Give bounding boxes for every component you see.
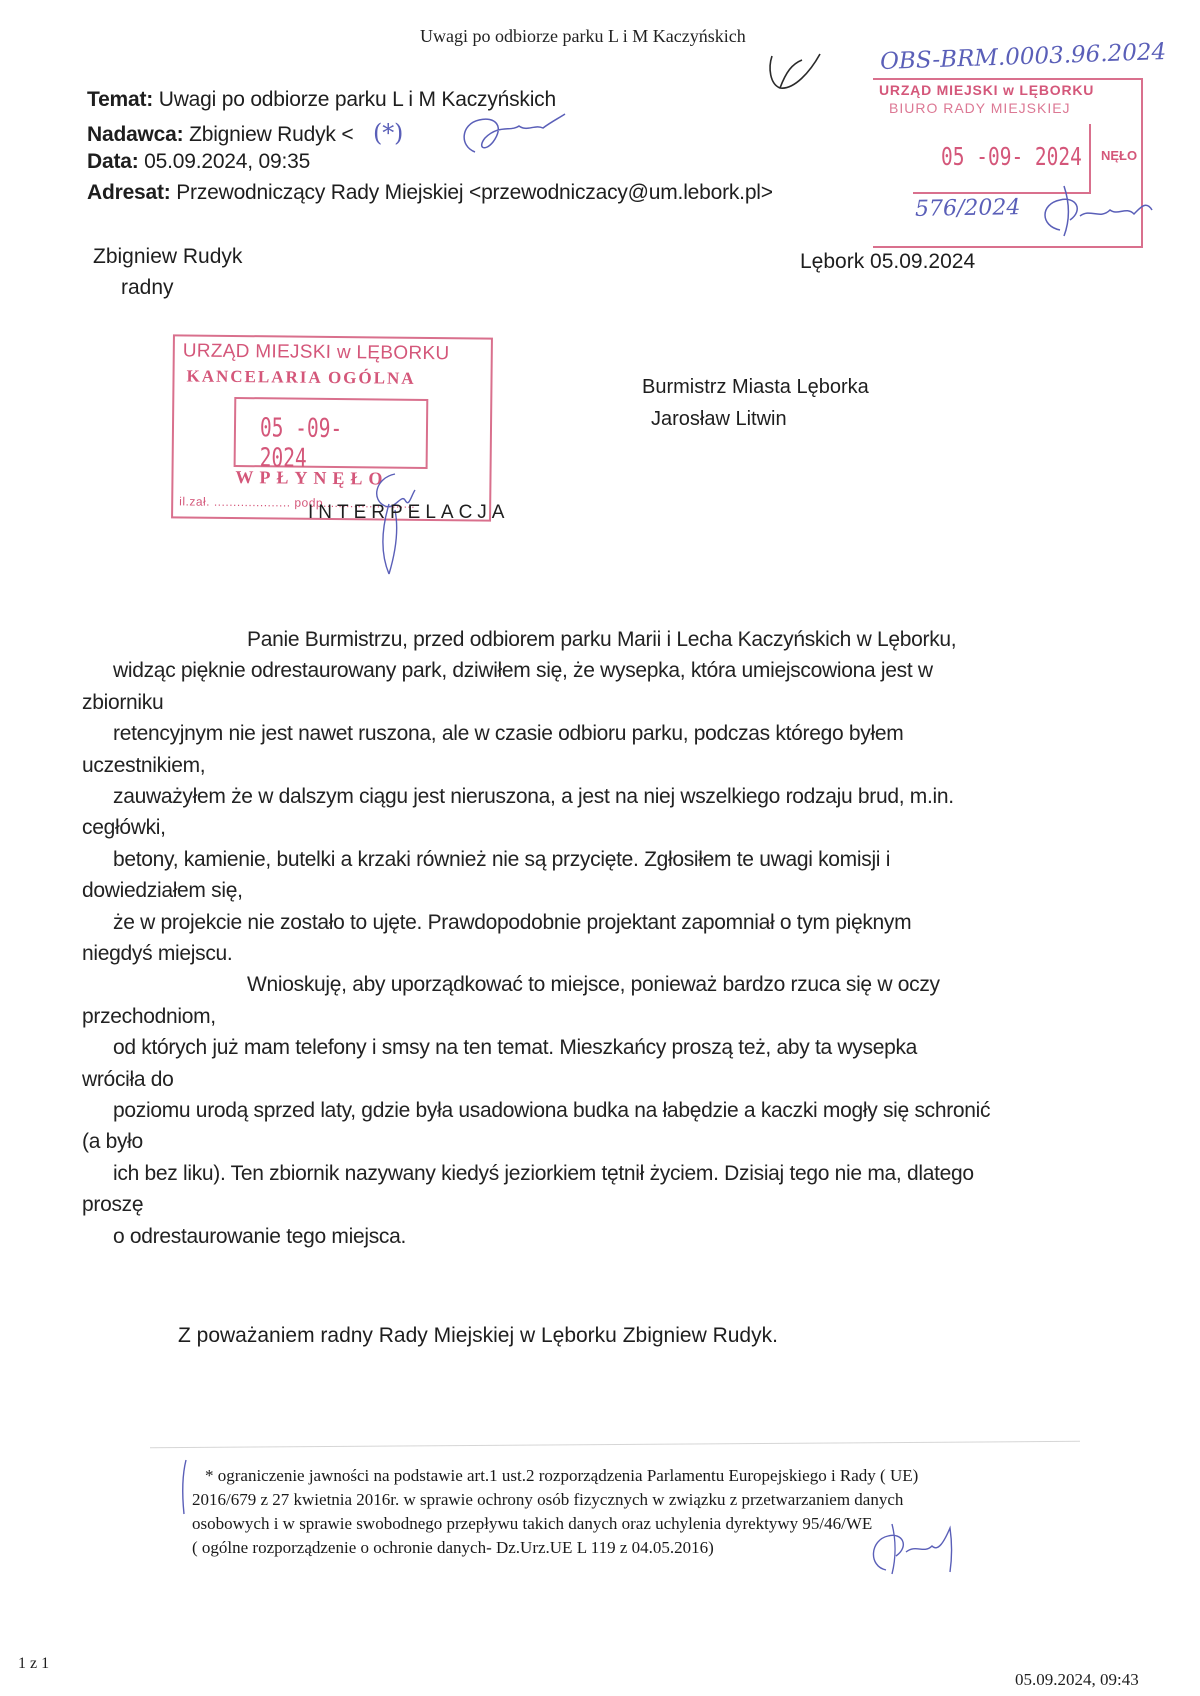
- body-line: zbiorniku: [82, 691, 163, 715]
- addressee-name: Jarosław Litwin: [651, 408, 787, 431]
- addressee-title: Burmistrz Miasta Lęborka: [642, 376, 869, 399]
- body-line: widząc pięknie odrestaurowany park, dziw…: [113, 659, 933, 683]
- stamp-department: KANCELARIA OGÓLNA: [186, 366, 415, 388]
- document-header-title: Uwagi po odbiorze parku L i M Kaczyńskic…: [420, 26, 746, 47]
- body-line: przechodniom,: [82, 1005, 216, 1029]
- receiver-signature-icon: [365, 470, 425, 580]
- page-number: 1 z 1: [18, 1655, 49, 1673]
- handwritten-case-number: OBS-BRM.0003.96.2024: [880, 39, 1167, 75]
- sender-signature-icon: [455, 112, 585, 162]
- meta-subject-value: Uwagi po odbiorze parku L i M Kaczyńskic…: [159, 88, 556, 111]
- print-timestamp: 05.09.2024, 09:43: [1015, 1670, 1139, 1690]
- body-line: dowiedziałem się,: [82, 879, 243, 903]
- body-line: poziomu urodą sprzed laty, gdzie była us…: [113, 1099, 990, 1123]
- body-line: uczestnikiem,: [82, 754, 205, 778]
- footnote-divider: [150, 1441, 1080, 1448]
- stamp-department: BIURO RADY MIEJSKIEJ: [889, 100, 1071, 116]
- body-line: zauważyłem że w dalszym ciągu jest nieru…: [113, 785, 954, 809]
- footnote-line: * ograniczenie jawności na podstawie art…: [205, 1466, 918, 1486]
- body-line: retencyjnym nie jest nawet ruszona, ale …: [113, 722, 903, 746]
- body-line: proszę: [82, 1193, 143, 1217]
- meta-sender: Nadawca: Zbigniew Rudyk < (*): [87, 119, 403, 147]
- sender-name: Zbigniew Rudyk: [93, 245, 242, 269]
- redaction-mark: (*): [373, 119, 403, 147]
- footnote-line: 2016/679 z 27 kwietnia 2016r. w sprawie …: [192, 1490, 903, 1510]
- footnote-bracket-icon: [178, 1458, 190, 1518]
- body-line: cegłówki,: [82, 816, 166, 840]
- body-line: ich bez liku). Ten zbiornik nazywany kie…: [113, 1162, 974, 1186]
- body-line: betony, kamienie, butelki a krzaki równi…: [113, 848, 890, 872]
- meta-recipient-label: Adresat:: [87, 181, 171, 204]
- footnote-line: ( ogólne rozporządzenie o ochronie danyc…: [192, 1538, 714, 1558]
- body-line: o odrestaurowanie tego miejsca.: [113, 1225, 406, 1249]
- body-line: Panie Burmistrzu, przed odbiorem parku M…: [247, 628, 956, 652]
- meta-date: Data: 05.09.2024, 09:35: [87, 150, 310, 174]
- registry-stamp-kancelaria: URZĄD MIEJSKI w LĘBORKU KANCELARIA OGÓLN…: [171, 334, 493, 521]
- stamp-date: 05 -09- 2024: [941, 142, 1082, 171]
- body-line: niegdyś miejscu.: [82, 942, 232, 966]
- footnote-line: osobowych i w sprawie swobodnego przepły…: [192, 1514, 872, 1534]
- meta-recipient: Adresat: Przewodniczący Rady Miejskiej <…: [87, 181, 773, 205]
- document-title: INTERPELACJA: [308, 502, 509, 524]
- meta-sender-label: Nadawca:: [87, 123, 183, 146]
- stamp-office-name: URZĄD MIEJSKI w LĘBORKU: [183, 340, 450, 365]
- body-line: od których już mam telefony i smsy na te…: [113, 1036, 917, 1060]
- stamp-office-name: URZĄD MIEJSKI w LĘBORKU: [879, 82, 1094, 98]
- body-line: wróciła do: [82, 1068, 174, 1092]
- footnote-signature-icon: [862, 1518, 962, 1578]
- meta-subject-label: Temat:: [87, 88, 153, 111]
- stamp-date: 05 -09- 2024: [260, 413, 385, 474]
- stamp-side-text: NĘŁO: [1101, 148, 1137, 163]
- stamp-date-box: 05 -09- 2024: [234, 397, 429, 469]
- initials-signature-icon: [766, 48, 826, 98]
- sender-role: radny: [121, 276, 174, 300]
- meta-subject: Temat: Uwagi po odbiorze parku L i M Kac…: [87, 88, 556, 112]
- body-line: że w projekcie nie zostało to ujęte. Pra…: [113, 911, 911, 935]
- body-line: Wnioskuję, aby uporządkować to miejsce, …: [247, 973, 940, 997]
- meta-recipient-value: Przewodniczący Rady Miejskiej <przewodni…: [176, 181, 773, 204]
- meta-sender-value: Zbigniew Rudyk <: [189, 123, 353, 146]
- letter-date: Lębork 05.09.2024: [800, 250, 975, 274]
- body-line: (a było: [82, 1130, 143, 1154]
- meta-date-value: 05.09.2024, 09:35: [144, 150, 310, 173]
- handwritten-registry-number: 576/2024: [915, 195, 1021, 222]
- registry-signature-icon: [1030, 180, 1180, 240]
- letter-closing: Z poważaniem radny Rady Miejskiej w Lębo…: [178, 1324, 778, 1348]
- meta-date-label: Data:: [87, 150, 139, 173]
